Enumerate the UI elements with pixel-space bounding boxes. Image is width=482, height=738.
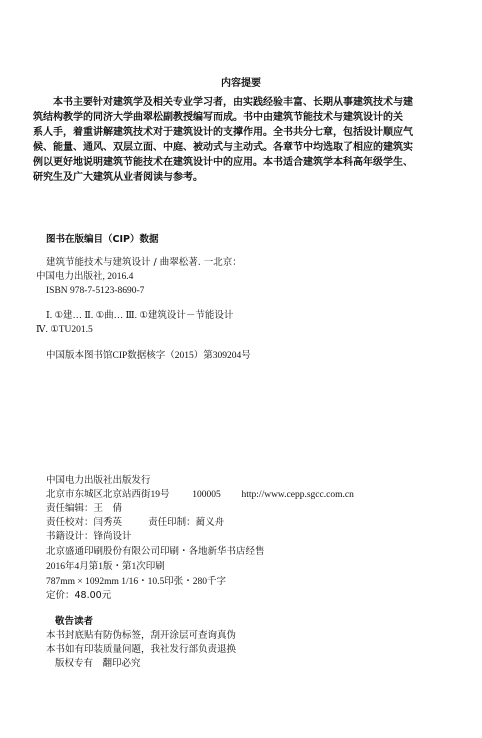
publisher-address-line: 北京市东城区北京站西街19号 100005 http://www.cepp.sg…: [46, 489, 354, 501]
summary-line: 研究生及广大建筑从业者阅读与参考。: [33, 170, 417, 185]
summary-line: 本书主要针对建筑学及相关专业学习者，由实践经验丰富、长期从事建筑技术与建: [33, 95, 417, 110]
cip-isbn: ISBN 978-7-5123-8690-7: [46, 285, 144, 297]
summary-paragraph: 本书主要针对建筑学及相关专业学习者，由实践经验丰富、长期从事建筑技术与建 筑结构…: [33, 95, 417, 185]
notice-heading: 敬告读者: [55, 616, 93, 628]
publisher-address: 北京市东城区北京站西街19号: [46, 490, 170, 500]
notice-line-1: 本书封底贴有防伪标签，刮开涂层可查询真伪: [46, 630, 236, 642]
cip-core-number: 中国版本图书馆CIP数据核字（2015）第309204号: [46, 350, 251, 362]
publisher-editor: 责任编辑：王 倩: [46, 503, 122, 515]
cip-classification-2: Ⅳ. ①TU201.5: [36, 324, 93, 336]
notice-copyright: 版权专有 翻印必究: [55, 658, 141, 670]
cip-heading: 图书在版编目（CIP）数据: [46, 234, 158, 246]
publisher-issuer: 中国电力出版社出版发行: [46, 475, 151, 487]
cip-publisher-line: 中国电力出版社, 2016.4: [36, 271, 133, 283]
publisher-staff-line: 责任校对：闫秀英 责任印制：蔺义舟: [46, 517, 224, 529]
cip-classification-1: Ⅰ. ①建… Ⅱ. ①曲… Ⅲ. ①建筑设计－节能设计: [46, 310, 233, 322]
summary-line: 候、能量、通风、双层立面、中庭、被动式与主动式。各章节中均选取了相应的建筑实: [33, 140, 417, 155]
summary-line: 筑结构教学的同济大学曲翠松副教授编写而成。书中由建筑节能技术与建筑设计的关: [33, 110, 417, 125]
publisher-edition: 2016年4月第1版・第1次印刷: [46, 561, 165, 573]
publisher-proofreader: 责任校对：闫秀英: [46, 517, 122, 528]
publisher-printing-manager: 责任印制：蔺义舟: [148, 517, 224, 528]
publisher-designer: 书籍设计：锋尚设计: [46, 531, 132, 543]
summary-title: 内容提要: [0, 74, 482, 89]
publisher-price: 定价：48.00元: [46, 590, 111, 602]
summary-line: 例以更好地说明建筑节能技术在建筑设计中的应用。本书适合建筑学本科高年级学生、: [33, 155, 417, 170]
publisher-printer: 北京盛通印刷股份有限公司印刷・各地新华书店经售: [46, 546, 265, 558]
summary-line: 系人手，着重讲解建筑技术对于建筑设计的支撑作用。全书共分七章，包括设计顺应气: [33, 125, 417, 140]
publisher-url: http://www.cepp.sgcc.com.cn: [242, 490, 354, 500]
cip-title-line: 建筑节能技术与建筑设计 / 曲翠松著. 一北京：: [46, 257, 242, 269]
notice-line-2: 本书如有印装质量问题，我社发行部负责退换: [46, 644, 236, 656]
publisher-format: 787mm × 1092mm 1/16・10.5印张・280千字: [46, 576, 226, 588]
publisher-postcode: 100005: [192, 490, 221, 500]
